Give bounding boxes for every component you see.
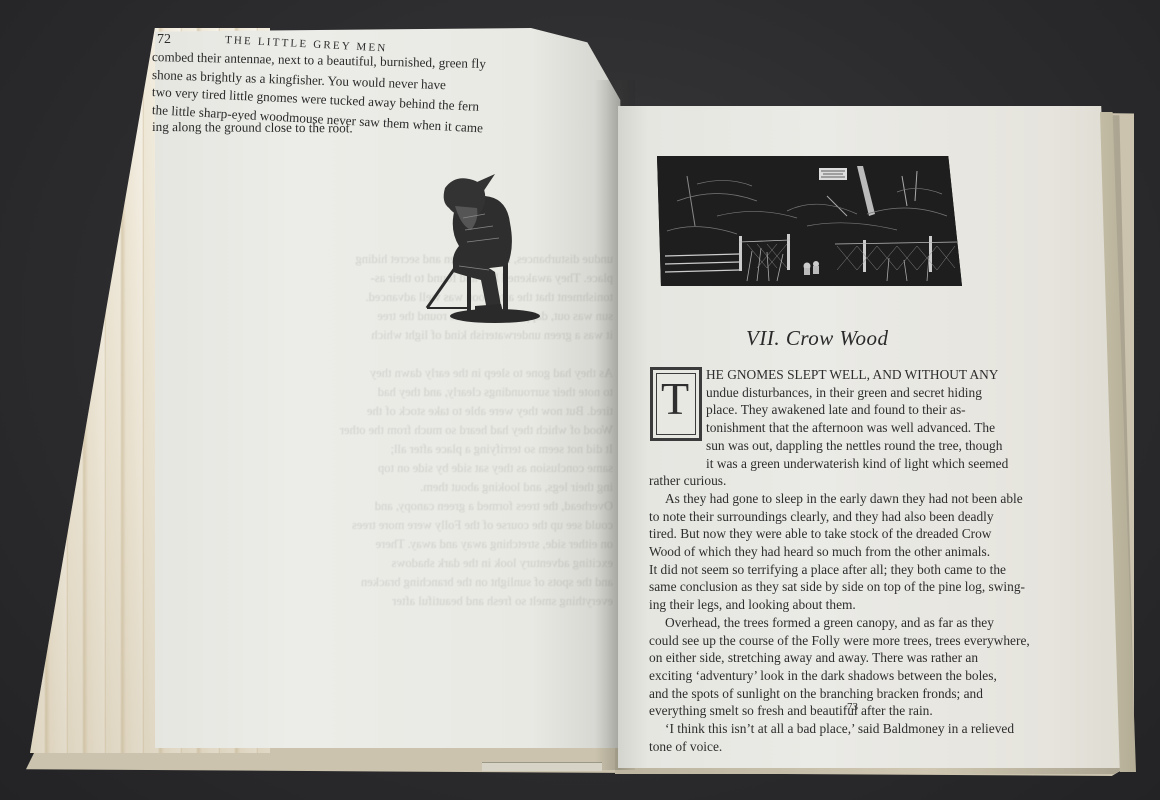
page-number-left: 72: [157, 32, 171, 48]
chapter-title: VII. Crow Wood: [746, 326, 889, 351]
show-through-line: [268, 345, 613, 364]
text-line: sun was out, dappling the nettles round …: [649, 437, 1051, 455]
show-through-line: As they had gone to sleep in the early d…: [268, 364, 613, 383]
text-line: Overhead, the trees formed a green canop…: [649, 614, 1051, 632]
show-through-line: Wood of which they had heard so much fro…: [268, 421, 613, 440]
page-number-right: 73: [847, 701, 858, 713]
text-line: could see up the course of the Folly wer…: [649, 632, 1051, 650]
text-line: exciting ‘adventury’ look in the dark sh…: [649, 667, 1051, 685]
show-through-line: tired. But now they were able to take st…: [268, 402, 613, 421]
text-line: tired. But now they were able to take st…: [649, 525, 1051, 543]
show-through-line: to note their surroundings clearly, and …: [268, 383, 613, 402]
text-line: same conclusion as they sat side by side…: [649, 578, 1051, 596]
show-through-line: everything smelt so fresh and beautiful …: [268, 592, 613, 611]
show-through-line: same conclusion as they sat side by side…: [268, 459, 613, 478]
text-line: and the spots of sunlight on the branchi…: [649, 685, 1051, 703]
text-line: place. They awakened late and found to t…: [649, 401, 1051, 419]
text-line: ‘I think this isn’t at all a bad place,’…: [649, 720, 1051, 738]
left-page-text: combed their antennae, next to a beautif…: [152, 48, 482, 136]
show-through-line: and the spots of sunlight on the branchi…: [268, 573, 613, 592]
show-through-line: on either side, stretching away and away…: [268, 535, 613, 554]
text-line: undue disturbances, in their green and s…: [649, 384, 1051, 402]
text-line: to note their surroundings clearly, and …: [649, 508, 1051, 526]
right-page-text: HE GNOMES SLEPT WELL, AND WITHOUT ANY un…: [649, 366, 1051, 755]
show-through-line: could see up the course of the Folly wer…: [268, 516, 613, 535]
text-line: It did not seem so terrifying a place af…: [649, 561, 1051, 579]
show-through-line: exciting adventury look in the dark shad…: [268, 554, 613, 573]
show-through-line: Overhead, the trees formed a green canop…: [268, 497, 613, 516]
headband-tab: [482, 762, 602, 771]
book-photo-scene: undue disturbances, in their green and s…: [0, 0, 1160, 800]
text-line: HE GNOMES SLEPT WELL, AND WITHOUT ANY: [649, 366, 1051, 384]
show-through-line: it was a green underwaterish kind of lig…: [268, 326, 613, 345]
text-line: rather curious.: [649, 472, 1051, 490]
text-line: ing along the ground close to the root.: [152, 118, 482, 138]
text-line: it was a green underwaterish kind of lig…: [649, 455, 1051, 473]
woodland-fence-illustration: [657, 156, 962, 286]
text-line: on either side, stretching away and away…: [649, 649, 1051, 667]
text-line: ing their legs, and looking about them.: [649, 596, 1051, 614]
text-line: tone of voice.: [649, 738, 1051, 756]
show-through-line: It did not seem so terrifying a place af…: [268, 440, 613, 459]
gnome-illustration: [415, 168, 545, 328]
text-line: tonishment that the afternoon was well a…: [649, 419, 1051, 437]
text-line: Wood of which they had heard so much fro…: [649, 543, 1051, 561]
show-through-line: ing their legs, and looking about them.: [268, 478, 613, 497]
text-line: As they had gone to sleep in the early d…: [649, 490, 1051, 508]
